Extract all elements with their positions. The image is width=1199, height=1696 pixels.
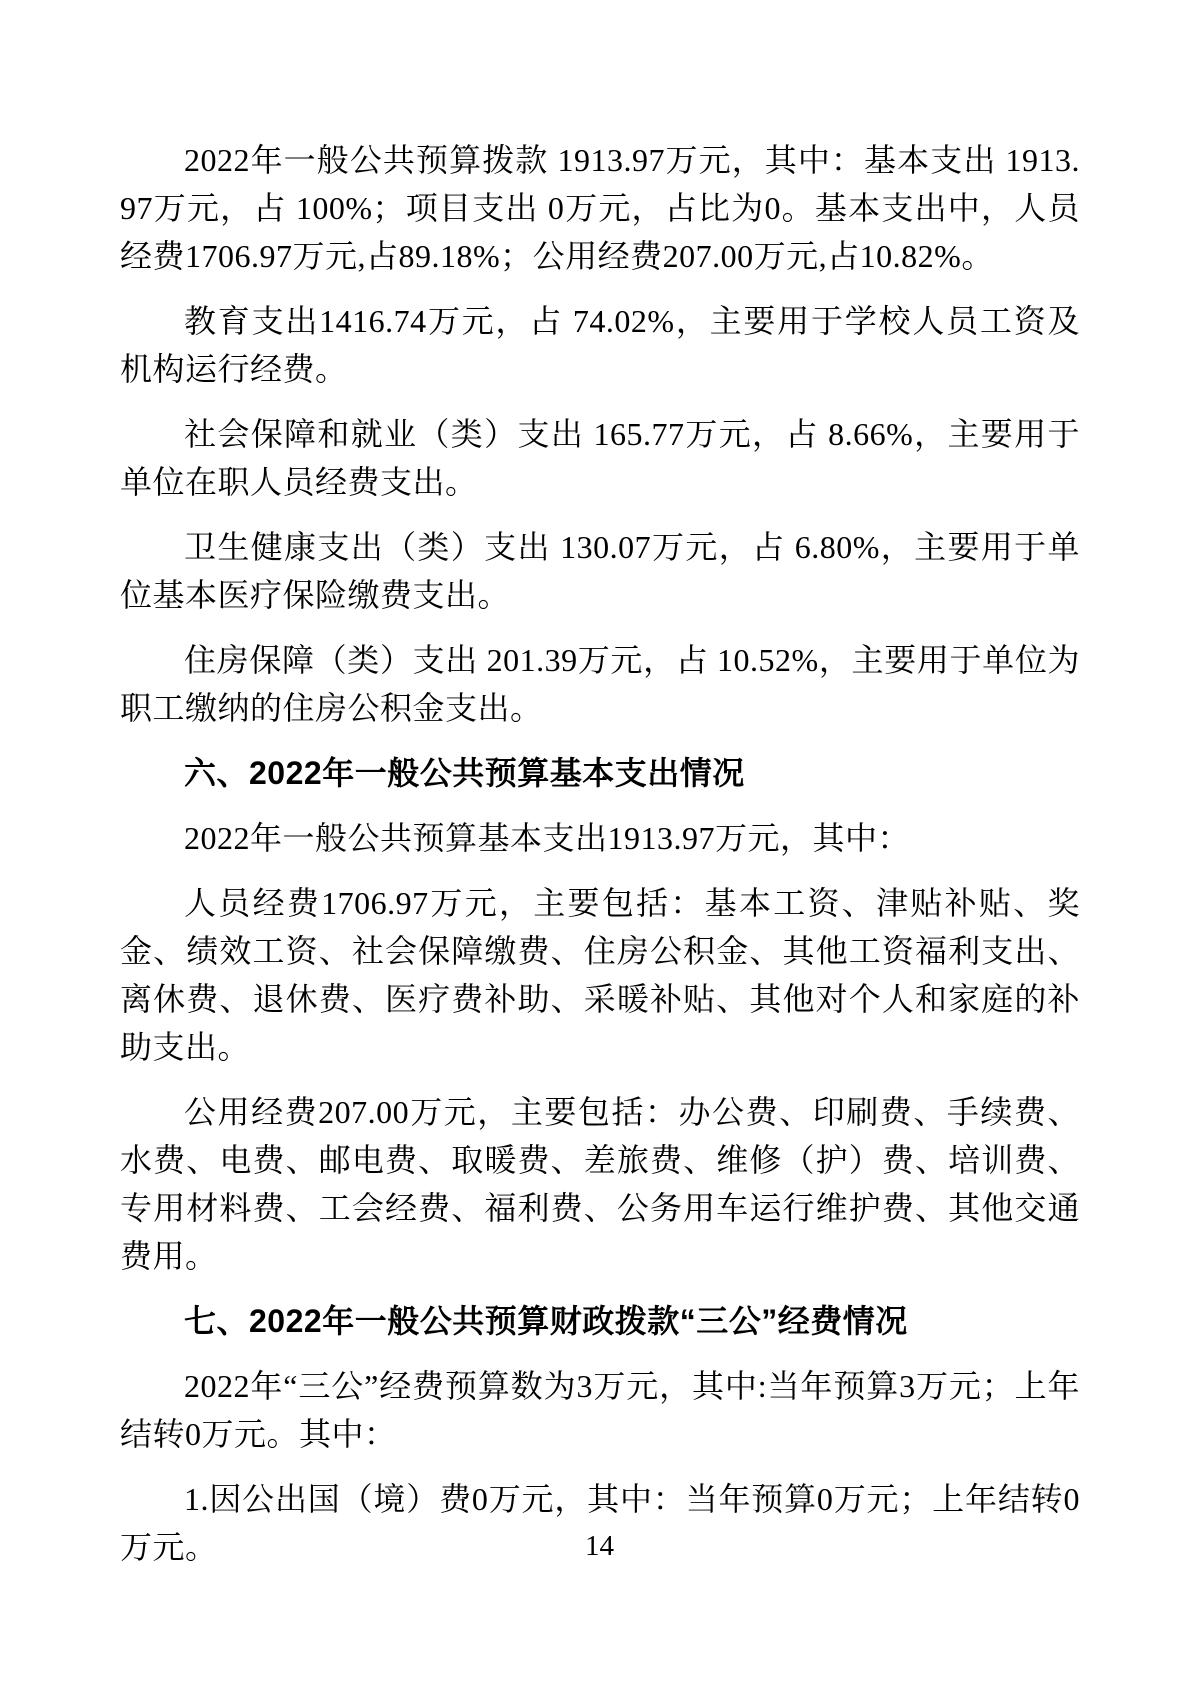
paragraph: 卫生健康支出（类）支出 130.07万元，占 6.80%，主要用于单位基本医疗保… [120,523,1080,619]
paragraph: 住房保障（类）支出 201.39万元，占 10.52%，主要用于单位为职工缴纳的… [120,636,1080,732]
paragraph: 2022年一般公共预算基本支出1913.97万元，其中： [120,814,1080,862]
document-body: 2022年一般公共预算拨款 1913.97万元，其中：基本支出 1913.97万… [120,136,1080,1588]
document-page: 2022年一般公共预算拨款 1913.97万元，其中：基本支出 1913.97万… [0,0,1199,1696]
paragraph: 2022年一般公共预算拨款 1913.97万元，其中：基本支出 1913.97万… [120,136,1080,280]
section-heading: 七、2022年一般公共预算财政拨款“三公”经费情况 [120,1297,1080,1345]
section-heading: 六、2022年一般公共预算基本支出情况 [120,749,1080,797]
paragraph: 2022年“三公”经费预算数为3万元，其中:当年预算3万元；上年结转0万元。其中… [120,1362,1080,1458]
paragraph: 公用经费207.00万元，主要包括：办公费、印刷费、手续费、水费、电费、邮电费、… [120,1088,1080,1280]
paragraph: 社会保障和就业（类）支出 165.77万元，占 8.66%，主要用于单位在职人员… [120,410,1080,506]
paragraph: 教育支出1416.74万元，占 74.02%，主要用于学校人员工资及机构运行经费… [120,297,1080,393]
paragraph: 人员经费1706.97万元，主要包括：基本工资、津贴补贴、奖金、绩效工资、社会保… [120,879,1080,1071]
page-number: 14 [0,1530,1199,1563]
